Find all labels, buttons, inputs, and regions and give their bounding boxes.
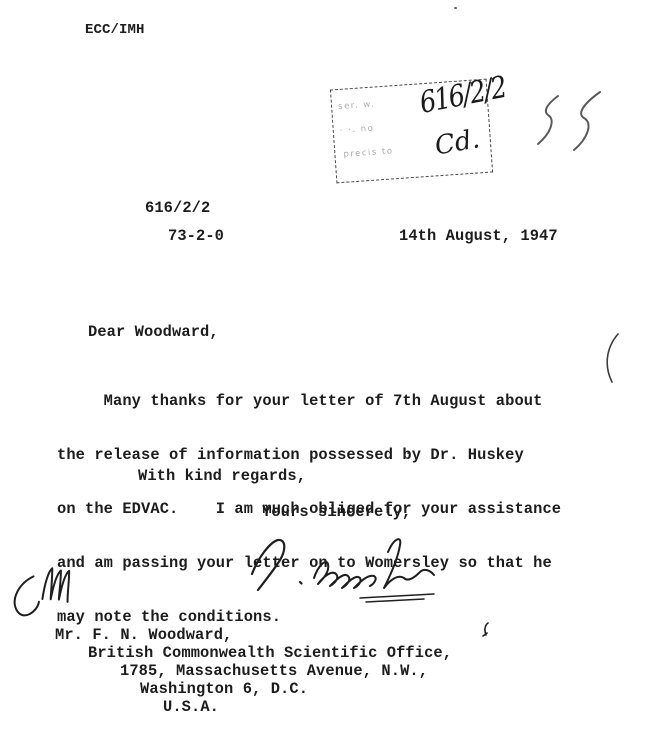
- stamp-field-label: ser. w.: [338, 99, 376, 112]
- letter-date: 14th August, 1947: [399, 227, 558, 245]
- body-line: the release of information possessed by …: [57, 446, 561, 464]
- address-line: Washington 6, D.C.: [140, 680, 308, 698]
- scanned-letter-page: ECC/IMH ser. w. · ·. no precis to 616/2/…: [0, 0, 650, 756]
- margin-initials-scribble: [0, 541, 93, 634]
- body-line: Many thanks for your letter of 7th Augus…: [57, 392, 561, 410]
- salutation: Dear Woodward,: [88, 323, 219, 341]
- typist-reference-code: ECC/IMH: [85, 21, 145, 39]
- address-line: U.S.A.: [163, 698, 219, 716]
- address-line: Mr. F. N. Woodward,: [55, 626, 232, 644]
- typed-file-number: 616/2/2: [145, 199, 210, 217]
- address-line: British Commonwealth Scientific Office,: [88, 644, 452, 662]
- file-stamp-box: ser. w. · ·. no precis to 616/2/2 Cd.: [330, 79, 493, 184]
- ink-smudge: [480, 622, 492, 638]
- address-line: 1785, Massachusetts Avenue, N.W.,: [120, 662, 428, 680]
- typed-secondary-number: 73-2-0: [168, 227, 224, 245]
- valediction: Yours sincerely,: [262, 503, 411, 521]
- stamp-handwritten-initials: Cd.: [433, 124, 482, 161]
- scan-speck: [454, 7, 457, 9]
- handwritten-page-number-55: 55: [522, 86, 622, 156]
- closing-line: With kind regards,: [138, 467, 306, 485]
- stamp-field-label: · ·. no: [339, 124, 374, 136]
- signature-underline: [360, 594, 434, 602]
- margin-paren-mark: [598, 330, 624, 386]
- stamp-handwritten-file-number: 616/2/2: [417, 70, 508, 121]
- signature: E. S. Hiscocks: [248, 532, 458, 606]
- stamp-field-label: precis to: [343, 146, 394, 159]
